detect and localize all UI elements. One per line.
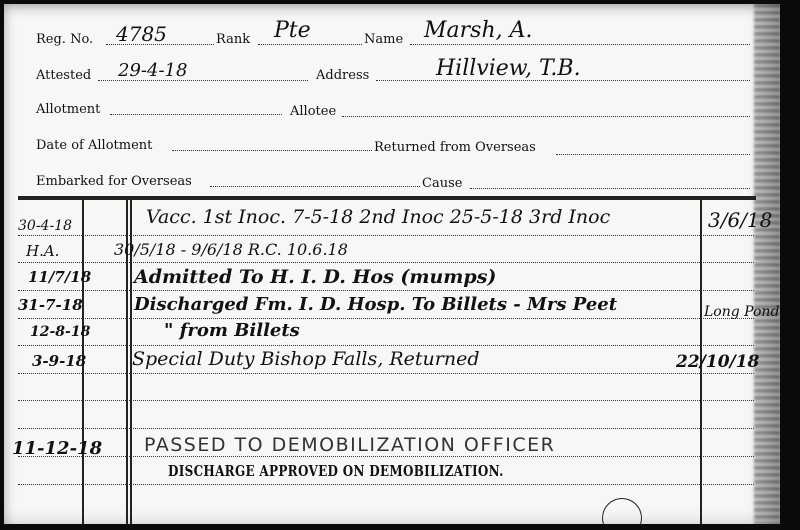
address-value: Hillview, T.B. (436, 56, 581, 81)
rank-label: Rank (216, 32, 250, 47)
ruled-line (18, 345, 754, 346)
allotee-label: Allotee (290, 104, 336, 119)
pen-mark (602, 498, 642, 524)
entry-date: 11/7/18 (28, 268, 91, 286)
attested-label: Attested (36, 68, 91, 83)
ruled-line (18, 428, 754, 429)
discharge-approved-stamp: DISCHARGE APPROVED ON DEMOBILIZATION. (168, 462, 504, 480)
cause-label: Cause (422, 176, 462, 191)
entry-text: Special Duty Bishop Falls, Returned (132, 348, 479, 370)
ruled-line (18, 318, 754, 319)
cause-line (470, 188, 750, 189)
date-of-allotment-line (172, 150, 372, 151)
entry-text: " from Billets (164, 320, 300, 341)
ruled-line (18, 456, 754, 457)
rank-line (258, 44, 362, 45)
entry-right: 3/6/18 (708, 208, 772, 232)
entry-date: H.A. (26, 242, 59, 260)
allotment-label: Allotment (36, 102, 100, 117)
service-record-card: Reg. No. 4785 Rank Pte Name Marsh, A. At… (4, 4, 780, 524)
entry-date: 11-12-18 (12, 438, 102, 459)
ruled-line (18, 235, 754, 236)
name-value: Marsh, A. (424, 18, 533, 43)
entry-date: 30-4-18 (18, 218, 72, 234)
ruled-line (18, 290, 754, 291)
ruled-line (18, 400, 754, 401)
returned-from-overseas-label: Returned from Overseas (374, 140, 536, 155)
ruled-line (18, 484, 754, 485)
reg-no-value: 4785 (116, 22, 167, 46)
allotee-line (342, 116, 750, 117)
entry-date: 12-8-18 (30, 324, 90, 340)
name-line (410, 44, 750, 45)
rank-value: Pte (274, 18, 311, 43)
date-of-allotment-label: Date of Allotment (36, 138, 152, 153)
returned-from-overseas-line (556, 154, 750, 155)
entry-right: Long Pond (704, 304, 779, 320)
entry-text: Vacc. 1st Inoc. 7-5-18 2nd Inoc 25-5-18 … (146, 206, 610, 228)
entry-right: 22/10/18 (676, 352, 759, 372)
entry-text: Discharged Fm. I. D. Hosp. To Billets - … (134, 294, 617, 315)
header-divider (18, 196, 756, 200)
entry-text: Admitted To H. I. D. Hos (mumps) (134, 266, 496, 288)
ruled-line (18, 373, 754, 374)
card-edge-shadow (754, 4, 780, 524)
attested-value: 29-4-18 (118, 60, 187, 81)
reg-no-label: Reg. No. (36, 32, 93, 47)
entry-date: 3-9-18 (32, 352, 86, 370)
passed-to-demobilization-stamp: PASSED TO DEMOBILIZATION OFFICER (144, 434, 555, 456)
name-label: Name (364, 32, 403, 47)
embarked-for-overseas-label: Embarked for Overseas (36, 174, 192, 189)
entry-date: 31-7-18 (18, 296, 83, 314)
address-label: Address (316, 68, 369, 83)
allotment-line (110, 114, 282, 115)
entry-text: 30/5/18 - 9/6/18 R.C. 10.6.18 (114, 240, 348, 259)
embarked-line (210, 186, 420, 187)
ruled-line (18, 262, 754, 263)
